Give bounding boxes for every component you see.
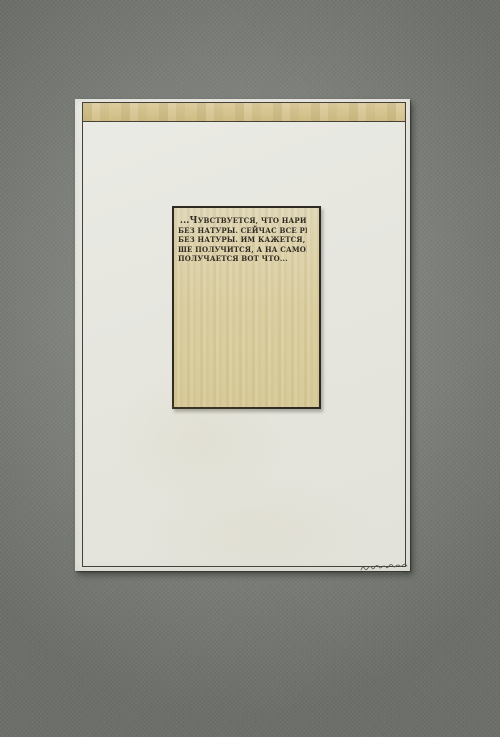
caption-line: ШЕ ПОЛУЧИТСЯ, А НА САМОМ ДЕЛЕ — [178, 245, 307, 255]
caption-line: ПОЛУЧАЕТСЯ ВОТ ЧТО... — [178, 254, 307, 264]
tan-wash-band — [83, 103, 405, 122]
caption-line: БЕЗ НАТУРЫ. ИМ КАЖЕТСЯ, ЧТО ЛУЧ- — [178, 235, 307, 245]
mounted-paper-sheet: ...ЧУВСТВУЕТСЯ, ЧТО НАРИСОВАНО БЕЗ НАТУР… — [75, 99, 410, 571]
cream-wash-panel: ...ЧУВСТВУЕТСЯ, ЧТО НАРИСОВАНО БЕЗ НАТУР… — [172, 206, 321, 409]
caption-text: ...ЧУВСТВУЕТСЯ, ЧТО НАРИСОВАНО БЕЗ НАТУР… — [178, 216, 307, 264]
caption-line: ...ЧУВСТВУЕТСЯ, ЧТО НАРИСОВАНО — [178, 216, 307, 226]
artist-signature-mark — [359, 563, 409, 574]
caption-line: БЕЗ НАТУРЫ. СЕЙЧАС ВСЕ РИСУЮТ — [178, 226, 307, 236]
artwork-photo: ...ЧУВСТВУЕТСЯ, ЧТО НАРИСОВАНО БЕЗ НАТУР… — [0, 0, 500, 737]
